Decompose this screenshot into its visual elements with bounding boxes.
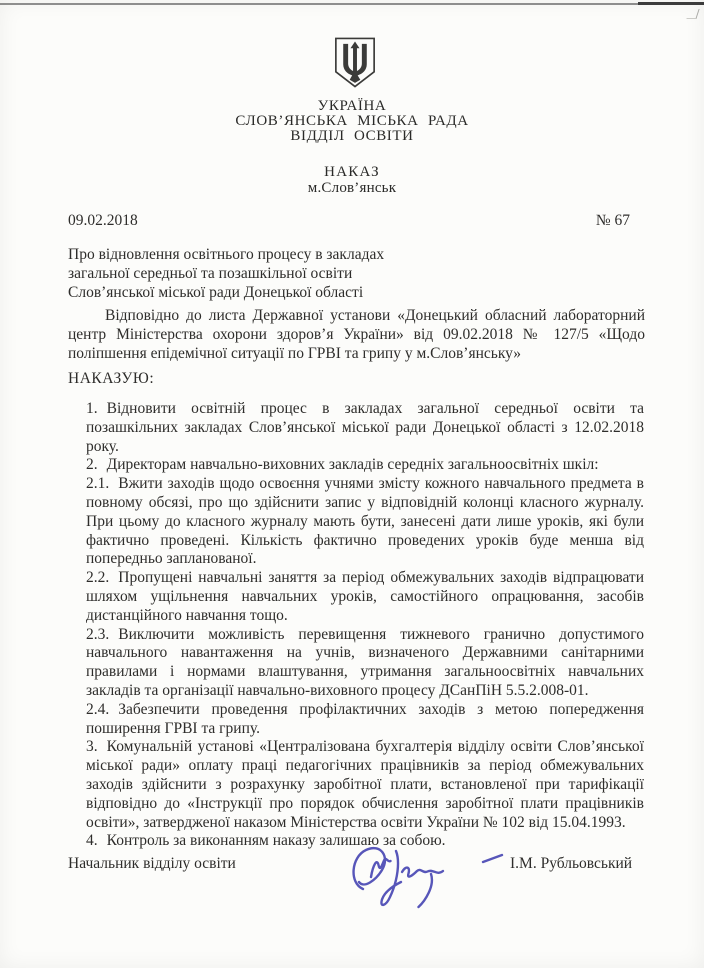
doc-subject: Про відновлення освітнього процесу в зак… (68, 245, 498, 302)
item-number: 2.4. (86, 701, 109, 718)
order-item-2-1: 2.1.Вжити заходів щодо освоєння учнями з… (86, 475, 644, 569)
order-item-2-2: 2.2.Пропущені навчальні заняття за періо… (86, 569, 644, 625)
item-number: 3. (86, 738, 98, 755)
doc-number: № 67 (596, 212, 630, 230)
ukraine-trident-emblem-icon (333, 36, 377, 89)
item-text: Виключити можливість перевищення тижнево… (86, 626, 644, 699)
subject-line: Слов’янської міської ради Донецької обла… (68, 283, 498, 302)
meta-row: 09.02.2018 № 67 (68, 212, 642, 230)
item-text: Відновити освітній процес в закладах заг… (86, 400, 644, 455)
country-name: УКРАЇНА (0, 99, 704, 114)
item-text: Директорам навчально-виховних закладів с… (107, 456, 599, 473)
order-word: НАКАЗУЮ: (68, 370, 154, 388)
department-name: ВІДДІЛ ОСВІТИ (0, 129, 704, 144)
item-number: 2. (86, 456, 98, 473)
item-text: Пропущені навчальні заняття за період об… (86, 569, 644, 624)
item-text: Вжити заходів щодо освоєння учнями зміст… (86, 475, 644, 567)
scan-artifact-top-right (638, 2, 704, 5)
signer-name: І.М. Рубльовський (510, 855, 632, 873)
item-number: 2.2. (86, 569, 109, 586)
order-item-2-4: 2.4.Забезпечити проведення профілактични… (86, 701, 644, 739)
item-number: 2.3. (86, 626, 109, 643)
doc-date: 09.02.2018 (68, 212, 138, 230)
signer-title: Начальник відділу освіти (68, 855, 236, 873)
order-item-3: 3.Комунальній установі «Централізована б… (86, 738, 644, 832)
scan-artifact-corner-mark (686, 9, 699, 19)
order-items-list: 1.Відновити освітній процес в закладах з… (86, 400, 644, 851)
council-name: СЛОВ’ЯНСЬКА МІСЬКА РАДА (0, 114, 704, 129)
subject-line: Про відновлення освітнього процесу в зак… (68, 245, 498, 264)
item-number: 2.1. (86, 475, 109, 492)
item-number: 1. (86, 400, 98, 417)
intro-paragraph: Відповідно до листа Державної установи «… (68, 306, 645, 364)
item-text: Комунальній установі «Централізована бух… (86, 738, 644, 830)
handwritten-signature-icon (333, 831, 523, 915)
item-number: 4. (86, 832, 98, 849)
order-item-2-3: 2.3.Виключити можливість перевищення тиж… (86, 626, 644, 701)
org-header: УКРАЇНА СЛОВ’ЯНСЬКА МІСЬКА РАДА ВІДДІЛ О… (0, 99, 704, 144)
item-text: Забезпечити проведення профілактичних за… (86, 701, 644, 737)
doc-type-title: НАКАЗ (0, 165, 704, 181)
order-item-2: 2.Директорам навчально-виховних закладів… (86, 456, 644, 475)
order-item-1: 1.Відновити освітній процес в закладах з… (86, 400, 644, 456)
scanned-order-document: УКРАЇНА СЛОВ’ЯНСЬКА МІСЬКА РАДА ВІДДІЛ О… (0, 0, 704, 968)
subject-line: загальної середньої та позашкільної осві… (68, 264, 498, 283)
doc-type-block: НАКАЗ м.Слов’янськ (0, 165, 704, 196)
scan-artifact-top-line (0, 3, 704, 5)
doc-city: м.Слов’янськ (0, 181, 704, 197)
